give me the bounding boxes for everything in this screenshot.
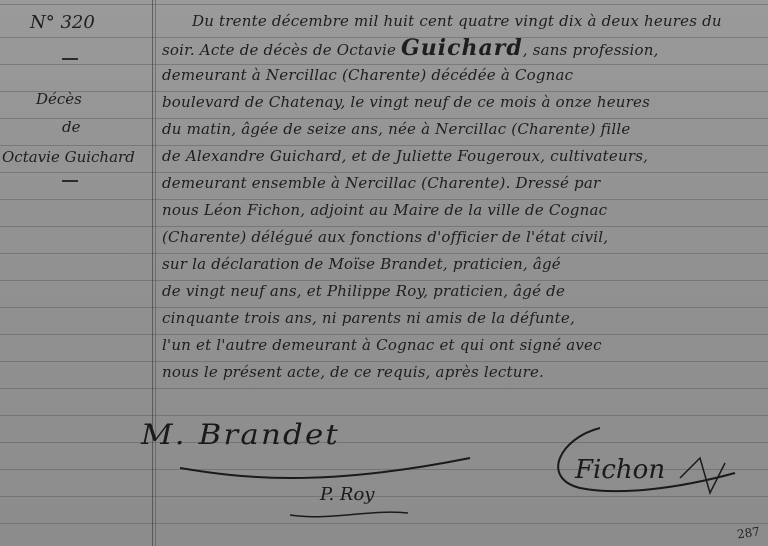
divider-dash xyxy=(62,180,78,182)
body-line: cinquante trois ans, ni parents ni amis … xyxy=(162,305,762,332)
divider-dash xyxy=(62,58,78,60)
record-number: N° 320 xyxy=(30,12,95,33)
body-line: demeurant ensemble à Nercillac (Charente… xyxy=(162,170,762,197)
margin-connector: de xyxy=(62,118,80,136)
signature-witness-1: M. Brandet xyxy=(141,418,340,451)
body-line: l'un et l'autre demeurant à Cognac et qu… xyxy=(162,332,762,359)
body-line: Du trente décembre mil huit cent quatre … xyxy=(162,8,762,35)
body-line: de Alexandre Guichard, et de Juliette Fo… xyxy=(162,143,762,170)
body-line: (Charente) délégué aux fonctions d'offic… xyxy=(162,224,762,251)
body-line: nous Léon Fichon, adjoint au Maire de la… xyxy=(162,197,762,224)
signature-underline xyxy=(290,505,410,525)
body-line: soir. Acte de décès de Octavie Guichard,… xyxy=(162,35,762,62)
record-body: Du trente décembre mil huit cent quatre … xyxy=(162,8,762,386)
body-line-text: soir. Acte de décès de Octavie xyxy=(162,41,396,59)
margin-subject-name: Octavie Guichard xyxy=(2,148,135,166)
register-page: N° 320 Décès de Octavie Guichard Du tren… xyxy=(0,0,768,546)
margin-rule xyxy=(152,0,153,546)
body-line: de vingt neuf ans, et Philippe Roy, prat… xyxy=(162,278,762,305)
margin-rule-secondary xyxy=(155,0,156,546)
body-line: nous le présent acte, de ce requis, aprè… xyxy=(162,359,762,386)
body-line: du matin, âgée de seize ans, née à Nerci… xyxy=(162,116,762,143)
margin-heading: Décès xyxy=(36,90,82,108)
body-line: sur la déclaration de Moïse Brandet, pra… xyxy=(162,251,762,278)
subject-surname: Guichard xyxy=(401,35,523,61)
signature-witness-2: P. Roy xyxy=(320,484,374,505)
signature-officer-flourish xyxy=(540,418,740,518)
body-line: boulevard de Chatenay, le vingt neuf de … xyxy=(162,89,762,116)
signature-flourish xyxy=(180,448,480,488)
body-line-text: , sans profession, xyxy=(523,41,659,59)
body-line: demeurant à Nercillac (Charente) décédée… xyxy=(162,62,762,89)
